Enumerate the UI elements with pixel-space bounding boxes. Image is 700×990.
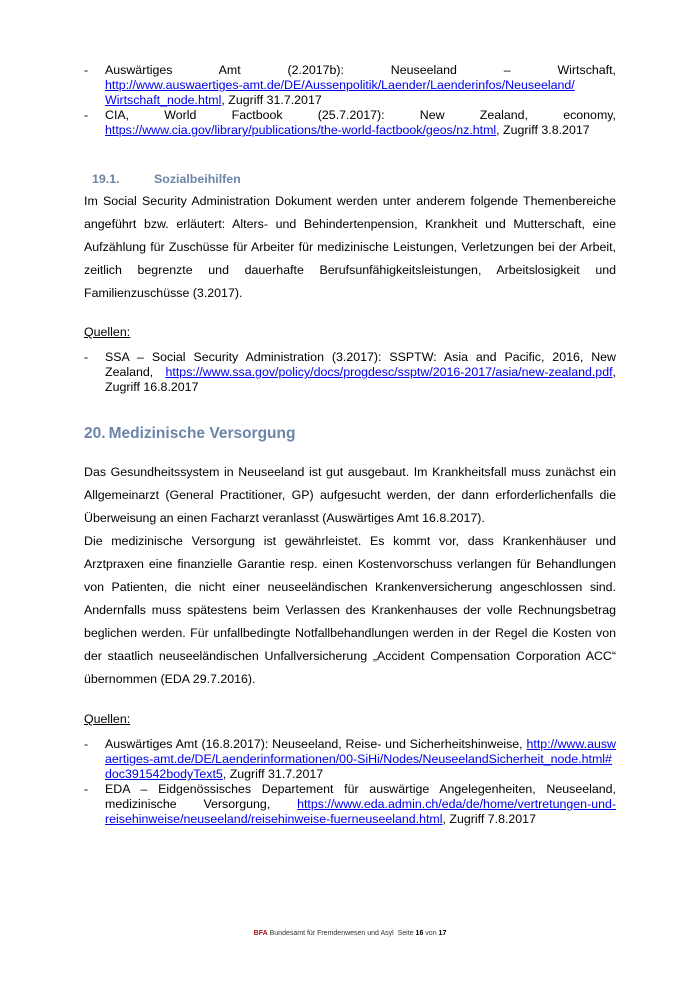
source-item: EDA – Eidgenössisches Departement für au… (84, 782, 616, 827)
top-sources-list: Auswärtiges Amt (2.2017b): Neuseeland – … (84, 63, 616, 138)
section-19-1-body: Im Social Security Administration Dokume… (84, 190, 616, 305)
source-access-date: , Zugriff 31.7.2017 (223, 767, 323, 781)
source-link[interactable]: http://www.auswaertiges-amt.de/DE/Aussen… (105, 78, 575, 107)
source-link[interactable]: https://www.ssa.gov/policy/docs/progdesc… (166, 365, 613, 379)
sources-label: Quellen: (84, 325, 616, 339)
section-title: Medizinische Versorgung (109, 425, 296, 442)
section-title: Sozialbeihilfen (154, 172, 241, 186)
source-link[interactable]: https://www.cia.gov/library/publications… (105, 123, 496, 137)
brand-logo: BFA (254, 930, 268, 937)
source-item: Auswärtiges Amt (16.8.2017): Neuseeland,… (84, 737, 616, 782)
page-current: 16 (416, 930, 424, 937)
source-item: CIA, World Factbook (25.7.2017): New Zea… (84, 108, 616, 138)
page-label: Seite (398, 930, 414, 937)
section-20-heading: 20.Medizinische Versorgung (84, 425, 616, 443)
source-text: Auswärtiges Amt (16.8.2017): Neuseeland,… (105, 737, 523, 751)
source-item: Auswärtiges Amt (2.2017b): Neuseeland – … (84, 63, 616, 108)
organization-name: Bundesamt für Fremdenwesen und Asyl (270, 930, 394, 937)
page-total: 17 (439, 930, 447, 937)
section-19-1-heading: 19.1.Sozialbeihilfen (84, 172, 616, 186)
document-page: Auswärtiges Amt (2.2017b): Neuseeland – … (84, 0, 616, 827)
sources-label: Quellen: (84, 712, 616, 726)
section-19-1-sources: SSA – Social Security Administration (3.… (84, 350, 616, 395)
section-number: 20. (84, 425, 106, 442)
section-20-paragraph-1: Das Gesundheitssystem in Neuseeland ist … (84, 461, 616, 530)
source-text: CIA, World Factbook (25.7.2017): New Zea… (105, 108, 616, 123)
source-access-date: , Zugriff 31.7.2017 (221, 93, 321, 107)
page-of-label: von (425, 930, 436, 937)
section-number: 19.1. (84, 172, 154, 186)
section-20-paragraph-2: Die medizinische Versorgung ist gewährle… (84, 530, 616, 691)
source-text: Auswärtiges Amt (2.2017b): Neuseeland – … (105, 63, 616, 78)
source-access-date: , Zugriff 3.8.2017 (496, 123, 589, 137)
page-footer: BFA Bundesamt für Fremdenwesen und Asyl … (0, 930, 700, 937)
source-access-date: , Zugriff 7.8.2017 (443, 812, 536, 826)
source-item: SSA – Social Security Administration (3.… (84, 350, 616, 395)
section-20-sources: Auswärtiges Amt (16.8.2017): Neuseeland,… (84, 737, 616, 827)
